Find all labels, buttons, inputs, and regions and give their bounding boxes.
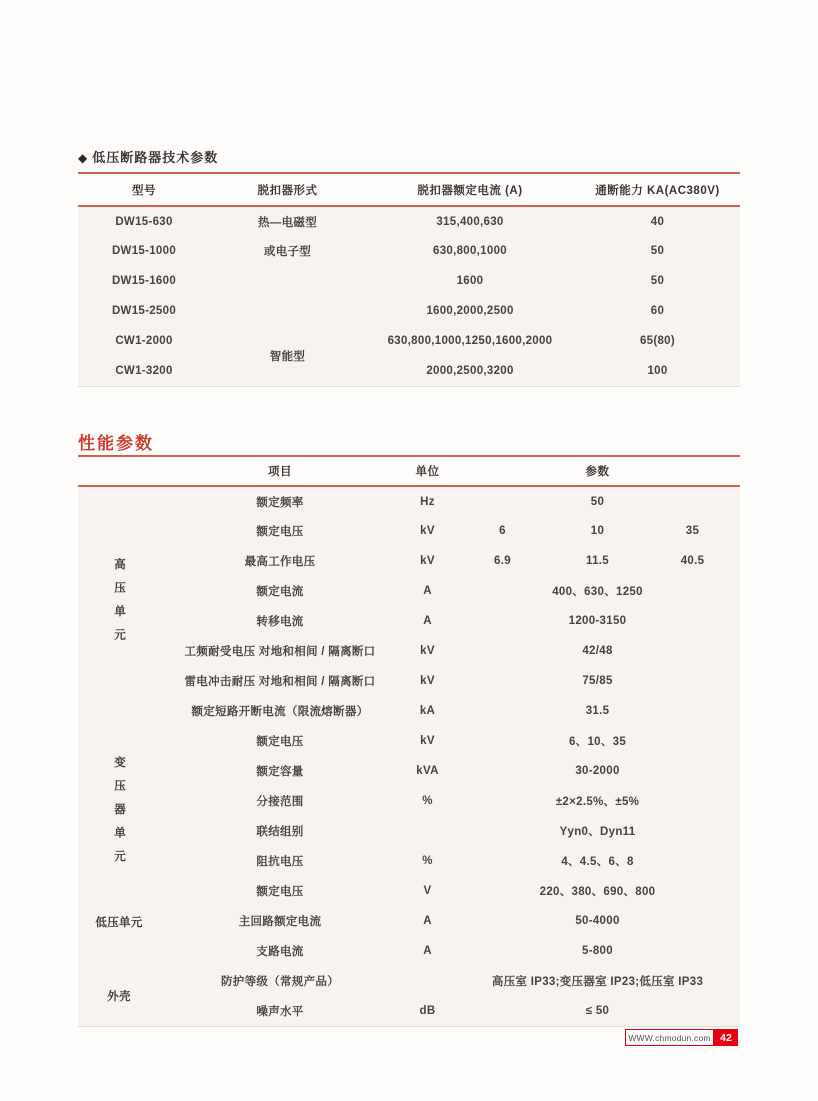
cell-item: 最高工作电压 [160,546,400,576]
col-header-current: 脱扣器额定电流 (A) [365,173,575,206]
col-header-item: 项目 [160,456,400,486]
table-row: 高压单元 额定频率 Hz 50 [78,486,740,516]
cell-param: 31.5 [455,696,740,726]
cell-param: 42/48 [455,636,740,666]
group-label-high-voltage-unit: 高压单元 [78,486,160,726]
table-row: 最高工作电压 kV 6.9 11.5 40.5 [78,546,740,576]
cell-model: DW15-1000 [78,236,210,266]
cell-release [210,266,365,296]
cell-unit: A [400,936,455,966]
table-row: 转移电流 A 1200-3150 [78,606,740,636]
cell-param: 30-2000 [455,756,740,786]
cell-item: 额定电流 [160,576,400,606]
cell-unit: A [400,906,455,936]
table-row: 工频耐受电压 对地和相间 / 隔离断口 kV 42/48 [78,636,740,666]
cell-item: 分接范围 [160,786,400,816]
cell-capacity: 100 [575,356,740,386]
cell-capacity: 50 [575,266,740,296]
cell-item: 额定短路开断电流（限流熔断器） [160,696,400,726]
table-row: DW15-1600 1600 50 [78,266,740,296]
col-header-capacity: 通断能力 KA(AC380V) [575,173,740,206]
cell-unit: % [400,786,455,816]
cell-capacity: 60 [575,296,740,326]
cell-param: 6、10、35 [455,726,740,756]
cell-unit: kV [400,666,455,696]
table-header-row: 型号 脱扣器形式 脱扣器额定电流 (A) 通断能力 KA(AC380V) [78,173,740,206]
cell-param: 50 [455,486,740,516]
group-label-transformer-unit: 变压器单元 [78,726,160,906]
performance-section-title: 性能参数 [78,429,154,454]
cell-model: DW15-1600 [78,266,210,296]
col-header-release: 脱扣器形式 [210,173,365,206]
cell-param-3: 40.5 [645,546,740,576]
cell-item: 工频耐受电压 对地和相间 / 隔离断口 [160,636,400,666]
cell-release: 热—电磁型 [210,206,365,236]
cell-item: 转移电流 [160,606,400,636]
table-row: DW15-2500 1600,2000,2500 60 [78,296,740,326]
table-row: DW15-630 热—电磁型 315,400,630 40 [78,206,740,236]
cell-param: 220、380、690、800 [455,876,740,906]
group-label-low-voltage-unit: 低压单元 [78,906,160,966]
page-number-badge: 42 [714,1029,738,1046]
cell-param: ≤ 50 [455,996,740,1026]
table-row: 额定短路开断电流（限流熔断器） kA 31.5 [78,696,740,726]
cell-item: 额定电压 [160,726,400,756]
cell-param: 75/85 [455,666,740,696]
cell-param-1: 6.9 [455,546,550,576]
cell-unit: A [400,606,455,636]
table-row: 外壳 防护等级（常规产品） 高压室 IP33;变压器室 IP23;低压室 IP3… [78,966,740,996]
cell-item: 额定频率 [160,486,400,516]
breaker-section-title: ◆低压断路器技术参数 [78,147,218,166]
table-row: DW15-1000 或电子型 630,800,1000 50 [78,236,740,266]
cell-item: 噪声水平 [160,996,400,1026]
diamond-bullet-icon: ◆ [78,151,88,165]
cell-model: DW15-2500 [78,296,210,326]
cell-param: 50-4000 [455,906,740,936]
document-page: ◆低压断路器技术参数 型号 脱扣器形式 脱扣器额定电流 (A) 通断能力 KA(… [0,0,818,1101]
cell-unit: kVA [400,756,455,786]
cell-model: CW1-3200 [78,356,210,386]
cell-current: 630,800,1000 [365,236,575,266]
breaker-parameters-table: 型号 脱扣器形式 脱扣器额定电流 (A) 通断能力 KA(AC380V) DW1… [78,172,740,387]
table-header-row: 项目 单位 参数 [78,456,740,486]
cell-current: 2000,2500,3200 [365,356,575,386]
website-box: WWW.chmodun.com [625,1029,714,1046]
cell-item: 额定电压 [160,516,400,546]
footer: WWW.chmodun.com 42 [625,1029,738,1046]
table-row: 雷电冲击耐压 对地和相间 / 隔离断口 kV 75/85 [78,666,740,696]
table-row: CW1-2000 智能型 630,800,1000,1250,1600,2000… [78,326,740,356]
cell-capacity: 40 [575,206,740,236]
cell-unit: V [400,876,455,906]
table-row: 额定容量 kVA 30-2000 [78,756,740,786]
cell-current: 1600 [365,266,575,296]
cell-unit: kV [400,546,455,576]
group-label-enclosure: 外壳 [78,966,160,1026]
cell-current: 1600,2000,2500 [365,296,575,326]
table-row: 额定电压 V 220、380、690、800 [78,876,740,906]
cell-param: 5-800 [455,936,740,966]
table-row: 低压单元 主回路额定电流 A 50-4000 [78,906,740,936]
cell-item: 主回路额定电流 [160,906,400,936]
cell-item: 联结组别 [160,816,400,846]
cell-release: 智能型 [210,326,365,386]
cell-unit: A [400,576,455,606]
cell-unit [400,816,455,846]
col-header-model: 型号 [78,173,210,206]
page-number: 42 [720,1032,732,1044]
cell-item: 支路电流 [160,936,400,966]
cell-model: CW1-2000 [78,326,210,356]
table-row: 支路电流 A 5-800 [78,936,740,966]
cell-current: 630,800,1000,1250,1600,2000 [365,326,575,356]
table-row: 额定电压 kV 6 10 35 [78,516,740,546]
cell-unit: Hz [400,486,455,516]
cell-item: 额定电压 [160,876,400,906]
cell-capacity: 65(80) [575,326,740,356]
performance-parameters-table: 项目 单位 参数 高压单元 额定频率 Hz 50 额定电压 kV 6 10 35… [78,455,740,1027]
cell-param: 高压室 IP33;变压器室 IP23;低压室 IP33 [455,966,740,996]
cell-param: 400、630、1250 [455,576,740,606]
cell-release: 或电子型 [210,236,365,266]
table-row: 分接范围 % ±2×2.5%、±5% [78,786,740,816]
cell-param-3: 35 [645,516,740,546]
breaker-section-title-text: 低压断路器技术参数 [92,150,218,165]
cell-release [210,296,365,326]
cell-unit: kV [400,636,455,666]
col-header-param: 参数 [455,456,740,486]
cell-item: 雷电冲击耐压 对地和相间 / 隔离断口 [160,666,400,696]
cell-item: 额定容量 [160,756,400,786]
cell-param: 4、4.5、6、8 [455,846,740,876]
table-row: 噪声水平 dB ≤ 50 [78,996,740,1026]
table-row: 额定电流 A 400、630、1250 [78,576,740,606]
col-header-unit: 单位 [400,456,455,486]
cell-param: Yyn0、Dyn11 [455,816,740,846]
table-row: 阻抗电压 % 4、4.5、6、8 [78,846,740,876]
cell-unit: kA [400,696,455,726]
cell-unit: dB [400,996,455,1026]
website-url: WWW.chmodun.com [628,1033,710,1043]
cell-item: 防护等级（常规产品） [160,966,400,996]
cell-param: ±2×2.5%、±5% [455,786,740,816]
cell-capacity: 50 [575,236,740,266]
cell-unit [400,966,455,996]
cell-model: DW15-630 [78,206,210,236]
table-row: CW1-3200 2000,2500,3200 100 [78,356,740,386]
cell-param-1: 6 [455,516,550,546]
cell-item: 阻抗电压 [160,846,400,876]
cell-param: 1200-3150 [455,606,740,636]
cell-param-2: 10 [550,516,645,546]
cell-unit: kV [400,726,455,756]
cell-param-2: 11.5 [550,546,645,576]
col-header-group [78,456,160,486]
table-row: 变压器单元 额定电压 kV 6、10、35 [78,726,740,756]
table-row: 联结组别 Yyn0、Dyn11 [78,816,740,846]
cell-current: 315,400,630 [365,206,575,236]
cell-unit: kV [400,516,455,546]
cell-unit: % [400,846,455,876]
